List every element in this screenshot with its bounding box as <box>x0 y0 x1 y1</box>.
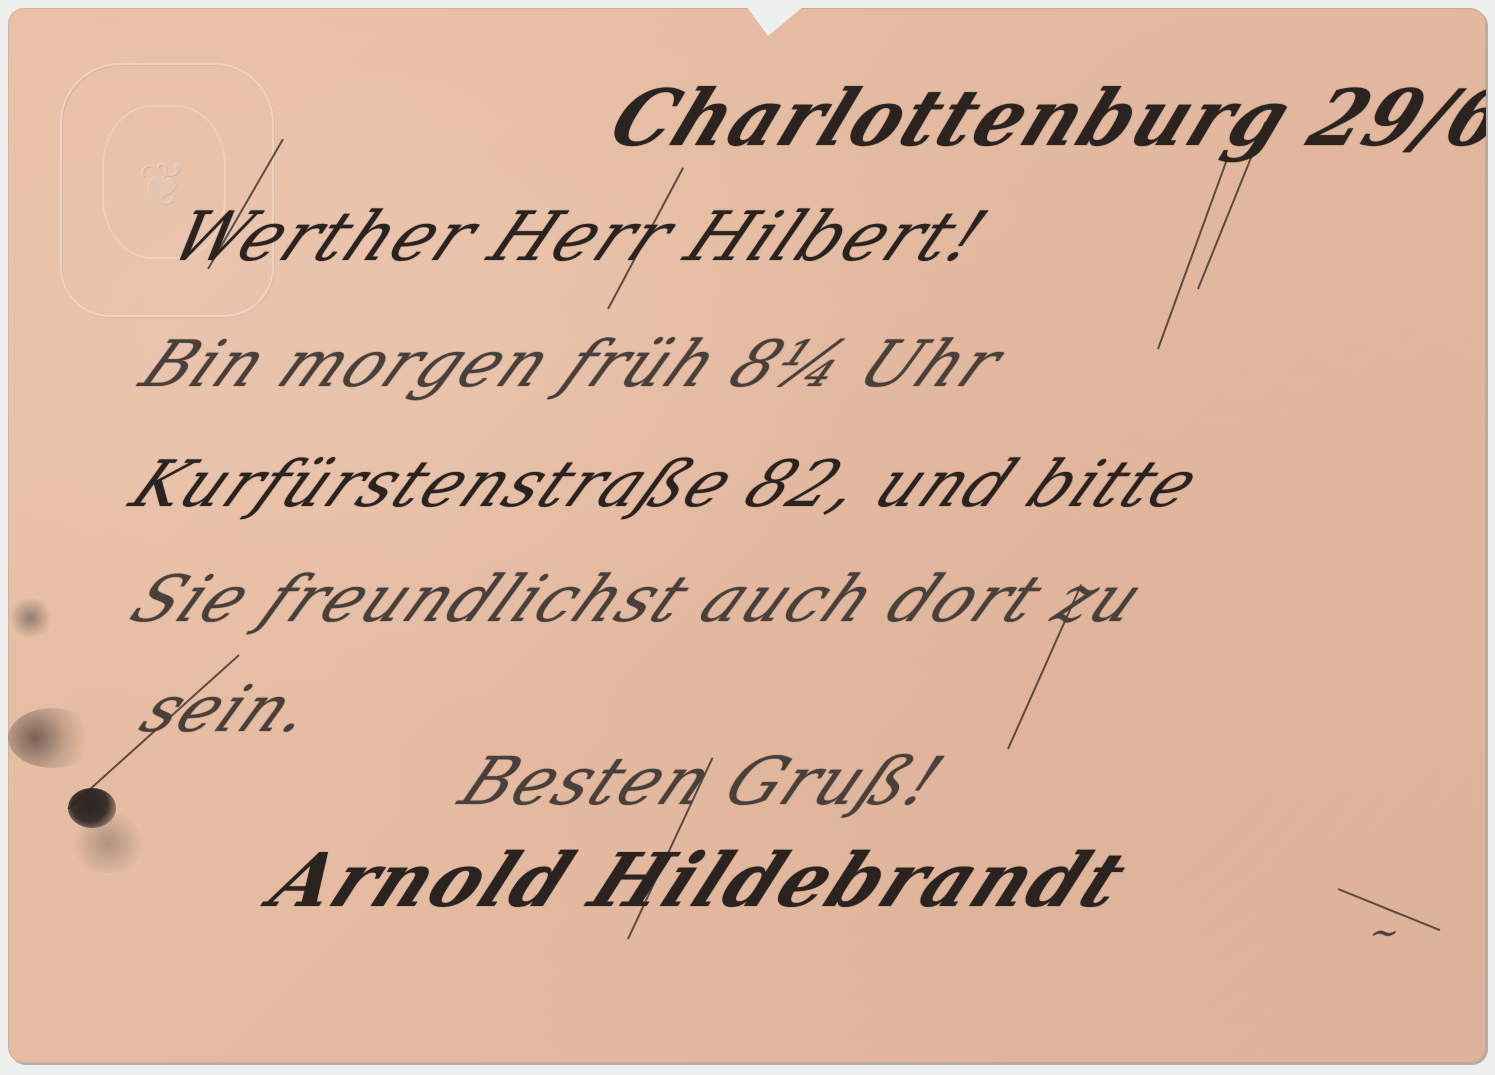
pen-stroke <box>1157 161 1227 350</box>
postcard: ❦ Charlottenburg 29/6 86 Werther Herr Hi… <box>8 8 1486 1063</box>
closing-line: Besten Gruß! <box>448 743 957 820</box>
ink-blot <box>68 788 116 828</box>
scanned-postcard: ❦ Charlottenburg 29/6 86 Werther Herr Hi… <box>0 0 1495 1075</box>
body-line-3: Sie freundlichst auch dort zu <box>118 563 1158 637</box>
body-line-2: Kurfürstenstraße 82, und bitte <box>118 448 1214 522</box>
end-flourish: ~ <box>1363 913 1408 953</box>
place-date-line: Charlottenburg 29/6 86 <box>598 74 1486 164</box>
salutation-line: Werther Herr Hilbert! <box>158 198 1001 277</box>
ink-smudge <box>8 708 98 768</box>
ink-smudge <box>8 598 53 638</box>
body-line-1: Bin morgen früh 8¼ Uhr <box>128 328 1017 402</box>
embossed-eagle-icon: ❦ <box>137 150 187 220</box>
torn-notch <box>746 8 804 36</box>
embossed-stamp: ❦ <box>60 63 274 317</box>
body-line-4: sein. <box>128 673 330 747</box>
signature: Arnold Hildebrandt <box>258 838 1141 924</box>
